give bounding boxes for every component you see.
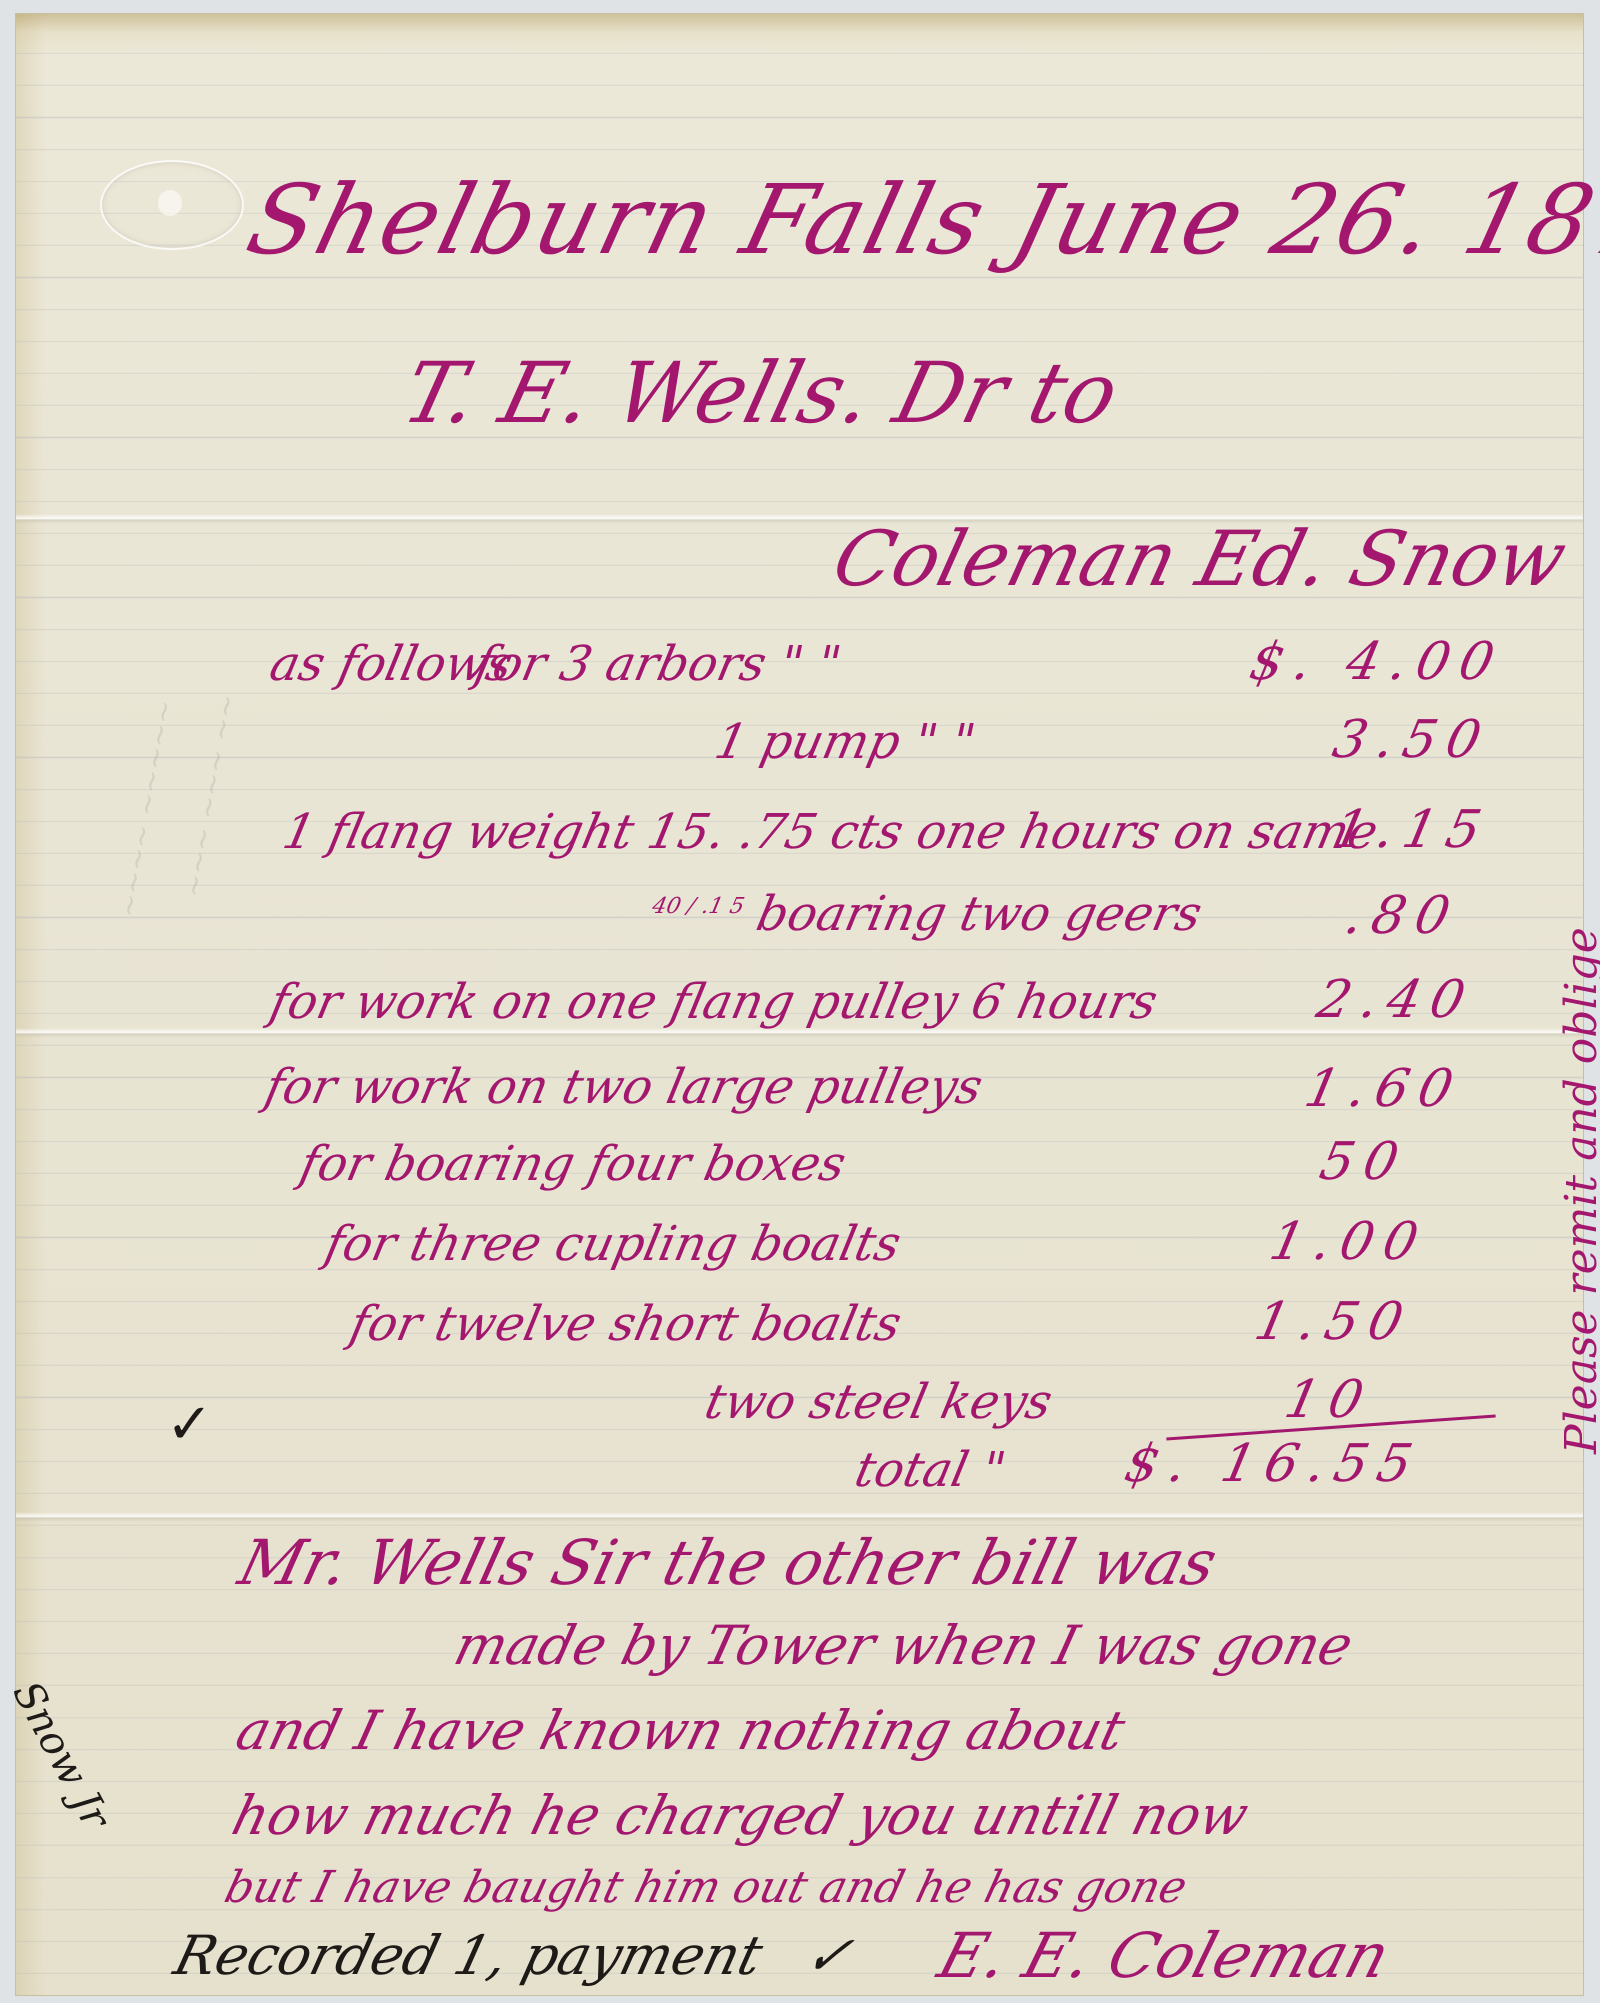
- line-item-description: for work on two large pulleys: [260, 1059, 987, 1115]
- line-item-amount: 2.40: [1312, 970, 1481, 1030]
- line-item-amount: 1.60: [1300, 1059, 1469, 1119]
- receipt-note: Recorded 1, payment ✓: [168, 1924, 859, 1987]
- embossed-seal-icon: [100, 160, 244, 250]
- line-item-amount: $. 4.00: [1245, 632, 1510, 692]
- line-item-description: for three cupling boalts: [320, 1216, 906, 1272]
- letter-line: and I have known nothing about: [230, 1699, 1131, 1762]
- line-item-amount: 1.15: [1328, 800, 1497, 860]
- line-item-description: two steel keys: [700, 1374, 1057, 1430]
- line-item-amount: 1.50: [1250, 1292, 1419, 1352]
- line-item-description: for boaring four boxes: [295, 1136, 851, 1192]
- line-item-description: for work on one flang pulley 6 hours: [265, 974, 1162, 1030]
- total-label: total ": [850, 1442, 1011, 1498]
- letter-line: but I have baught him out and he has gon…: [220, 1862, 1192, 1913]
- line-item-description: for twelve short boalts: [345, 1296, 906, 1352]
- line-item-amount: 10: [1280, 1370, 1379, 1430]
- margin-annotation: Snow Jr: [3, 1674, 118, 1836]
- line-item-note: 40 / .1 5: [650, 894, 747, 919]
- line-item-description: 1 pump " ": [710, 714, 980, 770]
- header-creditor: Coleman Ed. Snow: [825, 514, 1575, 603]
- header-debtor: T. E. Wells. Dr to: [394, 344, 1128, 442]
- check-mark-icon: ✓: [166, 1392, 213, 1457]
- line-item-description: for 3 arbors " ": [470, 636, 846, 692]
- signature: E. E. Coleman: [931, 1919, 1398, 1992]
- letter-line: made by Tower when I was gone: [448, 1614, 1359, 1677]
- paper-sheet: ~~~~ ~~~~~ ~~~ ~~~ ~~ Shelburn Falls Jun…: [16, 14, 1583, 1995]
- check-mark-icon: ✓: [798, 1924, 859, 1987]
- line-item-description: 1 flang weight 15. .75 cts one hours on …: [278, 804, 1383, 860]
- total-amount: $. 16.55: [1120, 1434, 1428, 1494]
- line-item-amount: 50: [1315, 1132, 1414, 1192]
- line-item-amount: 1.00: [1265, 1212, 1434, 1272]
- pencil-bleed-through: ~~~~ ~~~~~: [111, 697, 182, 919]
- line-item-description: 40 / .1 5 boaring two geers: [645, 886, 1207, 942]
- line-item-amount: 3.50: [1328, 710, 1497, 770]
- letter-line: Mr. Wells Sir the other bill was: [232, 1526, 1224, 1599]
- line-item-amount: .80: [1340, 886, 1465, 946]
- letter-line: how much he charged you untill now: [226, 1784, 1254, 1847]
- document-scan: ~~~~ ~~~~~ ~~~ ~~~ ~~ Shelburn Falls Jun…: [0, 0, 1600, 2003]
- pencil-bleed-through: ~~~ ~~~ ~~: [176, 692, 244, 900]
- side-note-please-remit: Please remit and oblige: [1556, 927, 1600, 1454]
- header-place-date: Shelburn Falls June 26. 1871: [237, 164, 1600, 276]
- fold-crease: [16, 1512, 1583, 1522]
